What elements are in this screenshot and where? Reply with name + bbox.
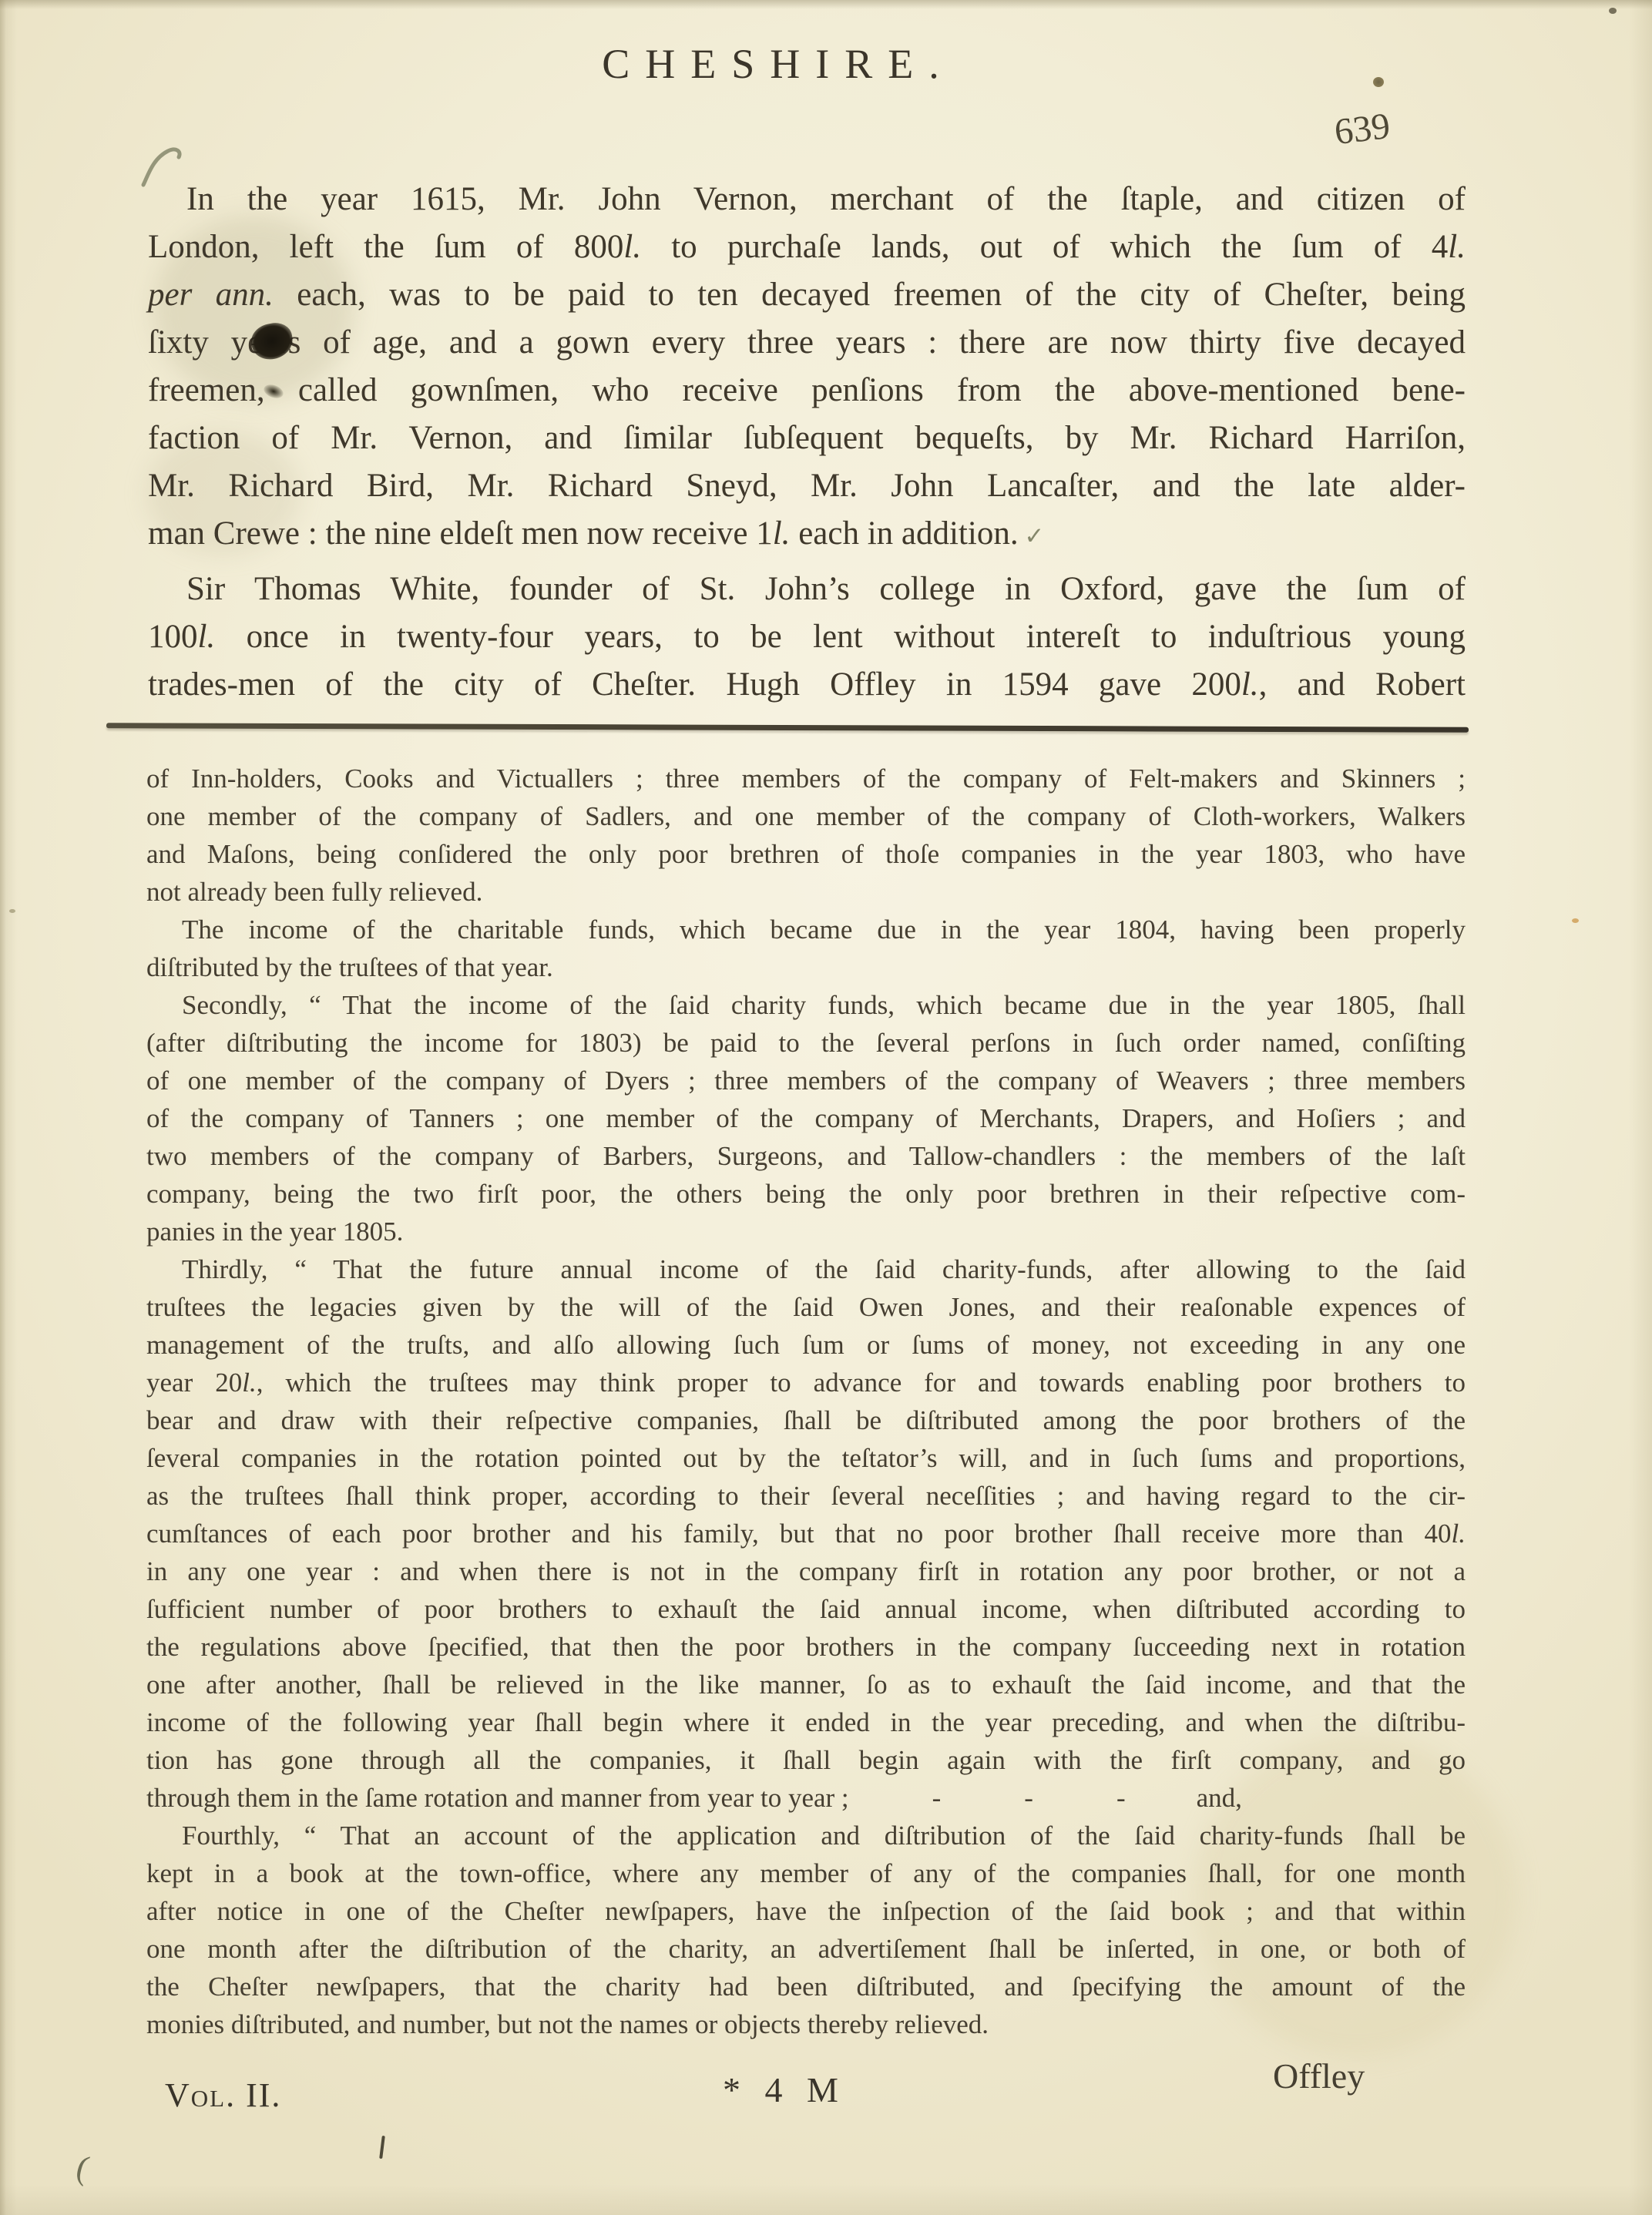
footnote-paragraph-secondly: Secondly, “ That the income of the ſaid … <box>146 986 1466 1250</box>
text-line: 100l. once in twenty-four years, to be l… <box>148 613 1466 661</box>
paragraph-vernon-charity: In the year 1615, Mr. John Vernon, merch… <box>148 176 1466 558</box>
text-line: ſixty years of age, and a gown every thr… <box>148 319 1466 367</box>
text-line: of Inn-holders, Cooks and Victuallers ; … <box>146 760 1466 797</box>
text-line: tion has gone through all the companies,… <box>146 1741 1466 1779</box>
text-line: as the truſtees ſhall think proper, acco… <box>146 1477 1466 1515</box>
text-line: cumſtances of each poor brother and his … <box>146 1515 1466 1552</box>
text-line: one after another, ſhall be relieved in … <box>146 1666 1466 1703</box>
catchword: Offley <box>1273 2056 1365 2096</box>
text-line: Fourthly, “ That an account of the appli… <box>146 1817 1466 1854</box>
paragraph-thomas-white: Sir Thomas White, founder of St. John’s … <box>148 565 1466 709</box>
text-line: through them in the ſame rotation and ma… <box>146 1779 1466 1817</box>
footnote-block: of Inn-holders, Cooks and Victuallers ; … <box>146 760 1466 2043</box>
pen-mark <box>379 2136 385 2159</box>
text-line: management of the truſts, and alſo allow… <box>146 1326 1466 1364</box>
text-line: one member of the company of Sadlers, an… <box>146 797 1466 835</box>
text-line: not already been fully relieved. <box>146 873 1466 911</box>
text-line: monies diſtributed, and number, but not … <box>146 2005 1466 2043</box>
footnote-paragraph-thirdly: Thirdly, “ That the future annual income… <box>146 1250 1466 1817</box>
main-text-block: In the year 1615, Mr. John Vernon, merch… <box>148 176 1466 709</box>
footnote-separator-rule <box>106 723 1469 733</box>
pen-mark: ( <box>72 2147 93 2188</box>
text-line: and Maſons, being conſidered the only po… <box>146 835 1466 873</box>
text-line: In the year 1615, Mr. John Vernon, merch… <box>148 176 1466 223</box>
book-page: CHESHIRE. 639 In the year 1615, Mr. John… <box>0 0 1652 2215</box>
text-line: Mr. Richard Bird, Mr. Richard Sneyd, Mr.… <box>148 462 1466 510</box>
text-line: panies in the year 1805. <box>146 1213 1466 1250</box>
text-line: after notice in one of the Cheſter newſp… <box>146 1892 1466 1930</box>
text-line: of the company of Tanners ; one member o… <box>146 1099 1466 1137</box>
text-line: one month after the diſtribution of the … <box>146 1930 1466 1968</box>
text-line: diſtributed by the truſtees of that year… <box>146 948 1466 986</box>
text-line: London, left the ſum of 800l. to purchaſ… <box>148 223 1466 271</box>
text-line: income of the following year ſhall begin… <box>146 1703 1466 1741</box>
text-line: Secondly, “ That the income of the ſaid … <box>146 986 1466 1024</box>
text-line: bear and draw with their reſpective comp… <box>146 1401 1466 1439</box>
foxing-dot <box>1373 77 1384 87</box>
volume-label: Vol. II. <box>165 2076 281 2115</box>
text-line: ſufficient number of poor brothers to ex… <box>146 1590 1466 1628</box>
text-line: year 20l., which the truſtees may think … <box>146 1364 1466 1401</box>
text-line: Thirdly, “ That the future annual income… <box>146 1250 1466 1288</box>
text-line: Sir Thomas White, founder of St. John’s … <box>148 565 1466 613</box>
text-line: trades-men of the city of Cheſter. Hugh … <box>148 661 1466 709</box>
text-line: ſeveral companies in the rotation pointe… <box>146 1439 1466 1477</box>
footnote-paragraph-income-1804: The income of the charitable funds, whic… <box>146 911 1466 986</box>
text-line: per ann. each, was to be paid to ten dec… <box>148 271 1466 319</box>
paper-speck <box>1609 8 1617 14</box>
text-line: man Crewe : the nine eldeſt men now rece… <box>148 510 1466 558</box>
paper-speck <box>1572 918 1579 923</box>
footnote-paragraph-fourthly: Fourthly, “ That an account of the appli… <box>146 1817 1466 2043</box>
text-line: faction of Mr. Vernon, and ſimilar ſubſe… <box>148 414 1466 462</box>
text-line: (after diſtributing the income for 1803)… <box>146 1024 1466 1062</box>
text-line: of one member of the company of Dyers ; … <box>146 1062 1466 1099</box>
text-line: freemen, called gownſmen, who receive pe… <box>148 367 1466 414</box>
page-number: 639 <box>1332 105 1392 153</box>
text-line: company, being the two firſt poor, the o… <box>146 1175 1466 1213</box>
text-line: kept in a book at the town-office, where… <box>146 1854 1466 1892</box>
text-line: the regulations above ſpecified, that th… <box>146 1628 1466 1666</box>
text-line: in any one year : and when there is not … <box>146 1552 1466 1590</box>
running-head: CHESHIRE. <box>0 40 1556 88</box>
text-line: truſtees the legacies given by the will … <box>146 1288 1466 1326</box>
text-line: The income of the charitable funds, whic… <box>146 911 1466 948</box>
signature-mark: * 4 M <box>723 2069 846 2110</box>
text-line: the Cheſter newſpapers, that the charity… <box>146 1968 1466 2005</box>
footnote-paragraph-companies: of Inn-holders, Cooks and Victuallers ; … <box>146 760 1466 911</box>
text-line: two members of the company of Barbers, S… <box>146 1137 1466 1175</box>
paper-speck <box>9 909 15 913</box>
